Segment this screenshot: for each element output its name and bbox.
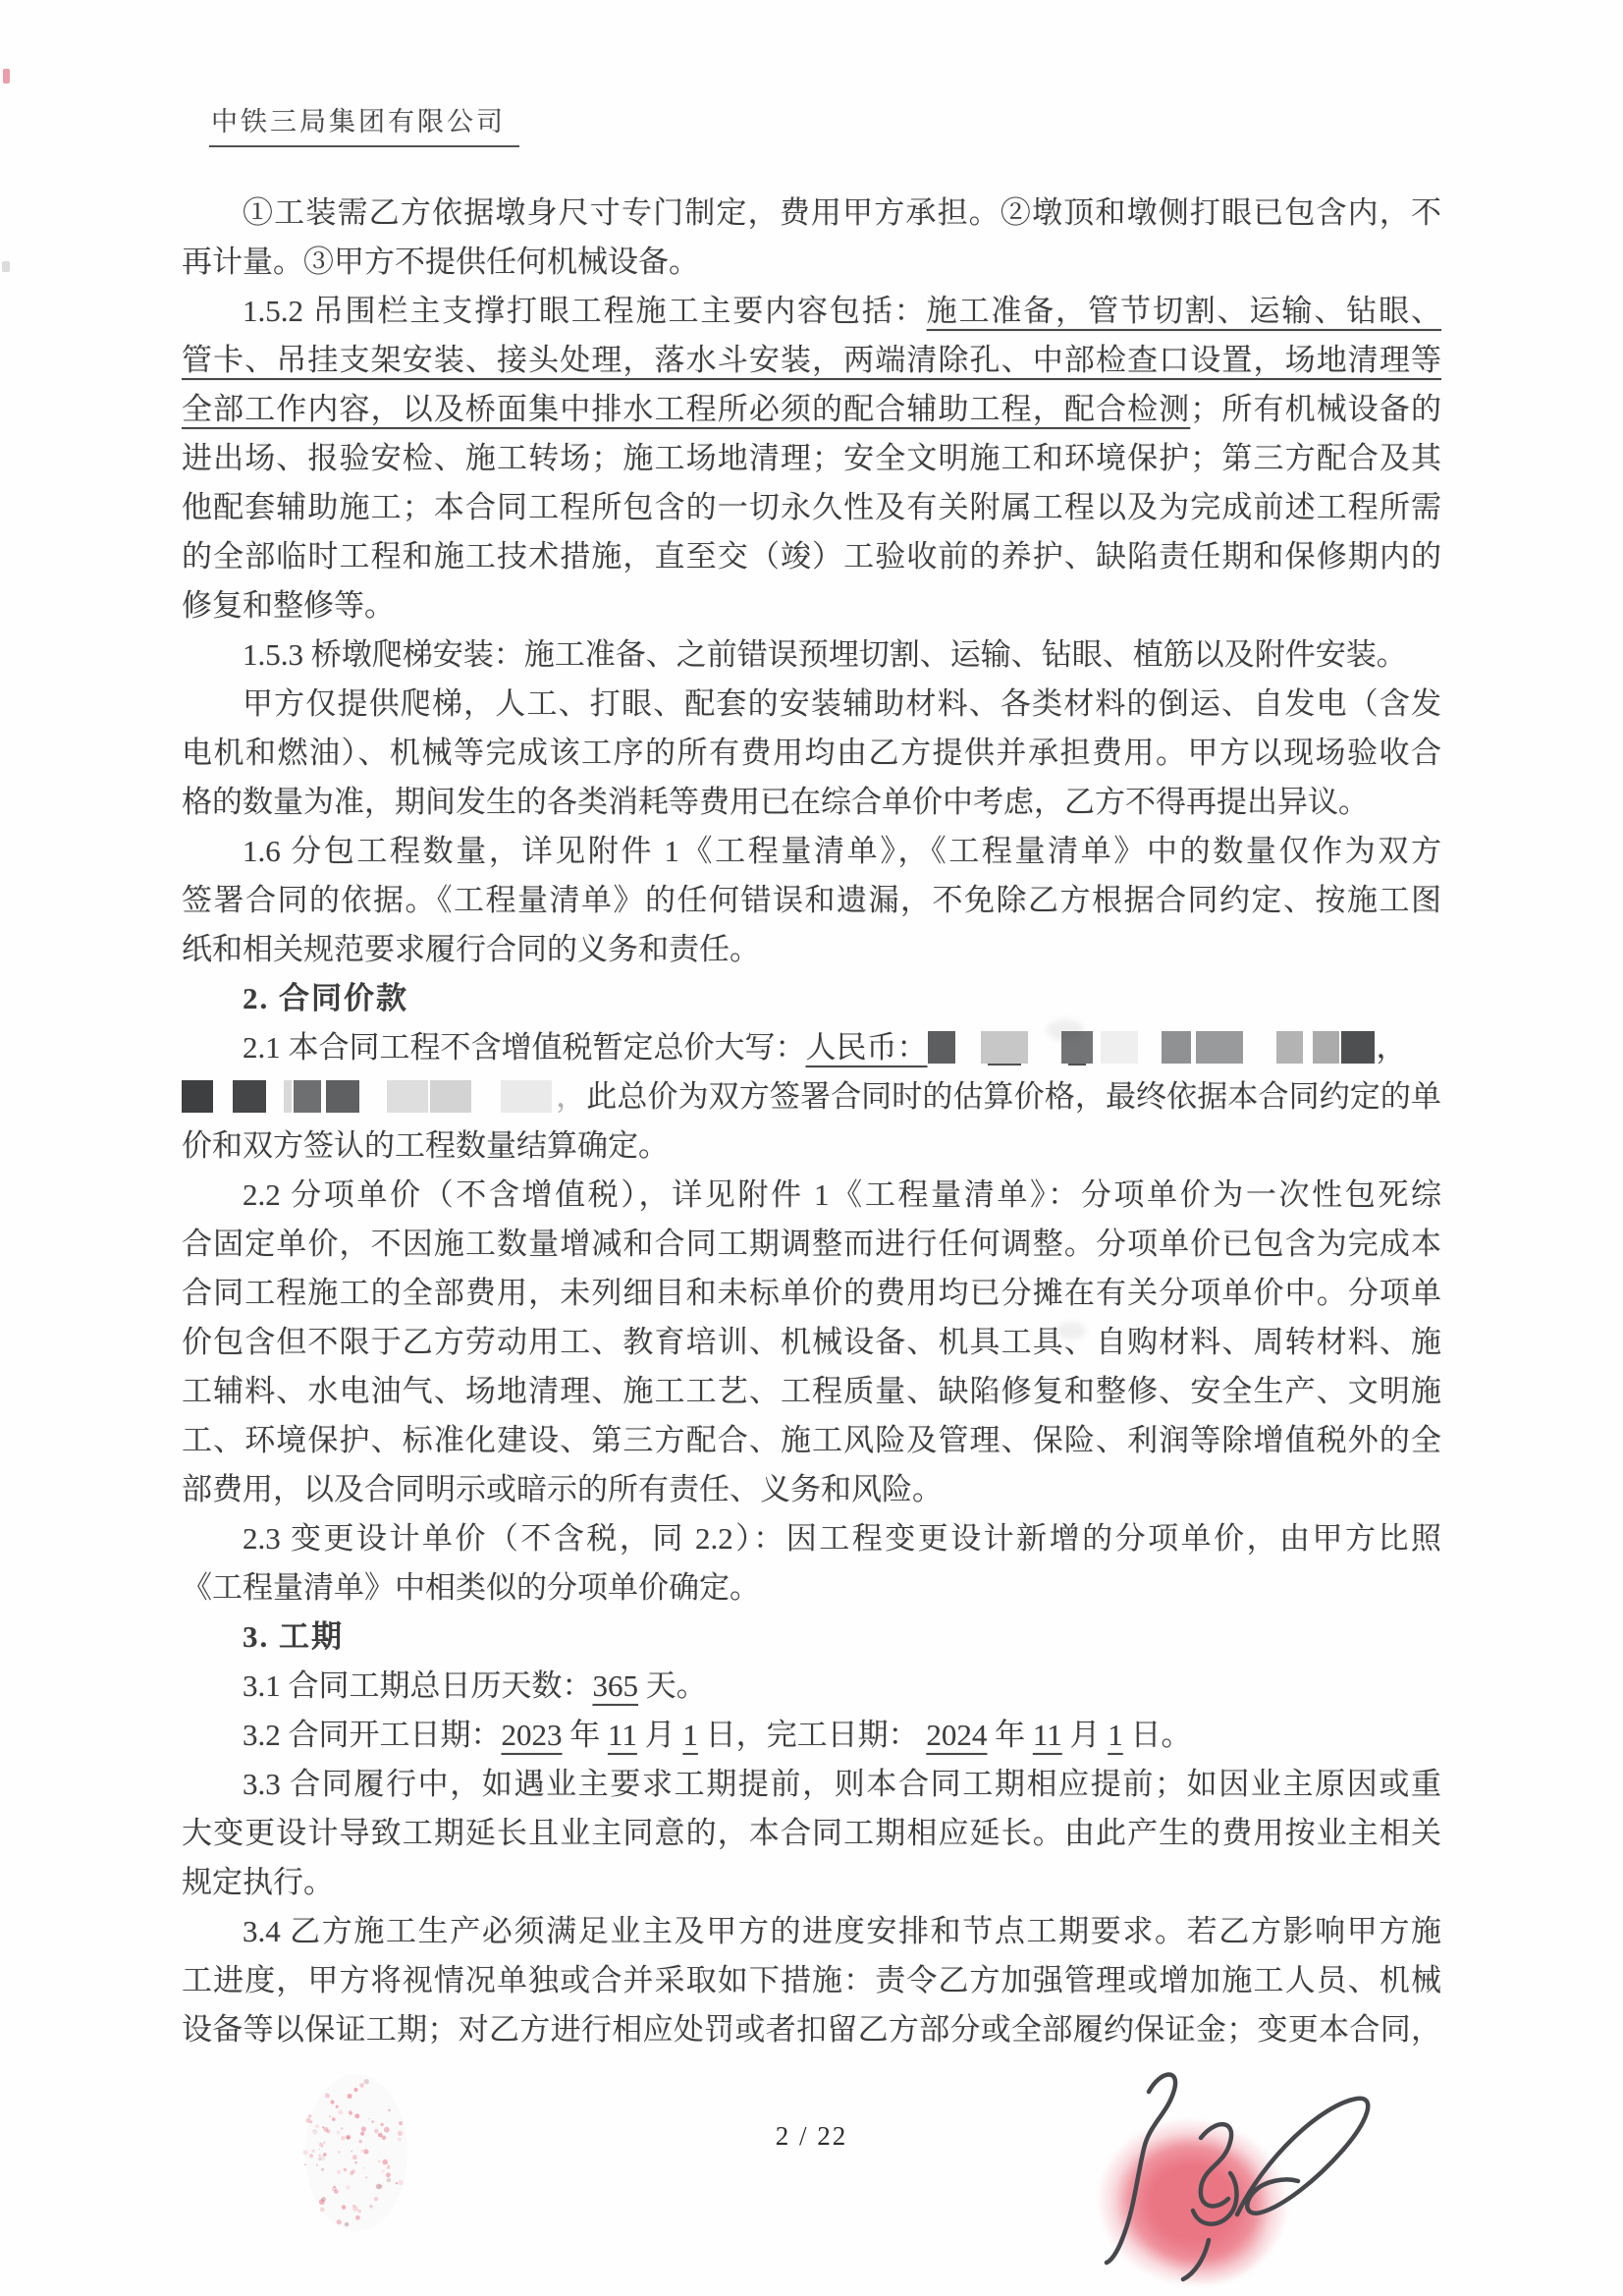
doc-line: 他配套辅助施工；本合同工程所包含的一切永久性及有关附属工程以及为完成前述工程所需 <box>182 483 1441 532</box>
doc-text: 日。 <box>1123 1718 1192 1752</box>
doc-text: 1.6 分包工程数量，详见附件 1《工程量清单》，《工程量清单》中的数量仅作为双… <box>243 834 1441 868</box>
doc-line: 2.2 分项单价（不含增值税），详见附件 1《工程量清单》：分项单价为一次性包死… <box>182 1171 1441 1220</box>
doc-text: 2024 <box>926 1718 987 1752</box>
doc-line: 价包含但不限于乙方劳动用工、教育培训、机械设备、机具工具、自购材料、周转材料、施 <box>182 1318 1441 1367</box>
signature-area <box>1036 2048 1438 2296</box>
doc-text: 11 <box>1033 1718 1062 1752</box>
doc-text: 2.2 分项单价（不含增值税），详见附件 1《工程量清单》：分项单价为一次性包死… <box>243 1177 1441 1212</box>
doc-text: 1 <box>682 1718 698 1752</box>
doc-line: 合固定单价，不因施工数量增减和合同工期调整而进行任何调整。分项单价已包含为完成本 <box>182 1220 1441 1269</box>
doc-text: 3.3 合同履行中，如遇业主要求工期提前，则本合同工期相应提前；如因业主原因或重 <box>243 1767 1441 1801</box>
doc-text: 3.4 乙方施工生产必须满足业主及甲方的进度安排和节点工期要求。若乙方影响甲方施 <box>243 1914 1441 1948</box>
doc-line: 规定执行。 <box>182 1858 1441 1907</box>
doc-line: 3.3 合同履行中，如遇业主要求工期提前，则本合同工期相应提前；如因业主原因或重 <box>182 1760 1441 1809</box>
doc-line: 3.4 乙方施工生产必须满足业主及甲方的进度安排和节点工期要求。若乙方影响甲方施 <box>182 1907 1441 1956</box>
redaction-block <box>430 1080 471 1113</box>
doc-text: 电机和燃油）、机械等完成该工序的所有费用均由乙方提供并承担费用。甲方以现场验收合 <box>182 736 1441 770</box>
doc-text: 的全部临时工程和施工技术措施，直至交（竣）工验收前的养护、缺陷责任期和保修期内的 <box>182 539 1441 574</box>
doc-line: ，此总价为双方签署合同时的估算价格，最终依据本合同约定的单 <box>182 1072 1441 1121</box>
doc-line: 1.5.2 吊围栏主支撑打眼工程施工主要内容包括：施工准备，管节切割、运输、钻眼… <box>182 287 1441 336</box>
doc-text: 部费用，以及合同明示或暗示的所有责任、义务和风险。 <box>182 1472 943 1506</box>
doc-text: 施工准备，管节切割、运输、钻眼、 <box>927 294 1441 328</box>
doc-text: 价包含但不限于乙方劳动用工、教育培训、机械设备、机具工具、自购材料、周转材料、施 <box>182 1325 1441 1359</box>
doc-line: 价和双方签认的工程数量结算确定。 <box>182 1121 1441 1171</box>
doc-line: 2.1 本合同工程不含增值税暂定总价大写：人民币：， <box>182 1023 1441 1072</box>
doc-text: 甲方仅提供爬梯，人工、打眼、配套的安装辅助材料、各类材料的倒运、自发电（含发 <box>243 686 1441 721</box>
doc-text: 此总价为双方签署合同时的估算价格，最终依据本合同约定的单 <box>586 1079 1441 1114</box>
doc-text: 年 <box>563 1718 609 1752</box>
doc-text: 合同工程施工的全部费用，未列细目和未标单价的费用均已分摊在有关分项单价中。分项单 <box>182 1276 1441 1310</box>
doc-text: 进出场、报验安检、施工转场；施工场地清理；安全文明施工和环境保护；第三方配合及其 <box>182 441 1441 475</box>
doc-text: 价和双方签认的工程数量结算确定。 <box>182 1128 669 1163</box>
doc-text: 格的数量为准，期间发生的各类消耗等费用已在综合单价中考虑，乙方不得再提出异议。 <box>182 785 1369 819</box>
doc-text: 合固定单价，不因施工数量增减和合同工期调整而进行任何调整。分项单价已包含为完成本 <box>182 1227 1441 1261</box>
doc-text: ；所有机械设备的 <box>1190 392 1441 426</box>
scan-artifact-red <box>3 69 10 83</box>
doc-text: 2. 合同价款 <box>243 981 408 1015</box>
doc-line: ①工装需乙方依据墩身尺寸专门制定，费用甲方承担。②墩顶和墩侧打眼已包含内，不 <box>182 189 1441 238</box>
doc-text: 工进度，甲方将视情况单独或合并采取如下措施：责令乙方加强管理或增加施工人员、机械 <box>182 1963 1441 1997</box>
doc-text: ， <box>556 1079 586 1114</box>
doc-text: 人民币： <box>806 1030 928 1065</box>
doc-line: 工辅料、水电油气、场地清理、施工工艺、工程质量、缺陷修复和整修、安全生产、文明施 <box>182 1367 1441 1416</box>
doc-line: 合同工程施工的全部费用，未列细目和未标单价的费用均已分摊在有关分项单价中。分项单 <box>182 1269 1441 1318</box>
doc-text: 月 <box>637 1718 683 1752</box>
doc-text: 1.5.3 桥墩爬梯安装：施工准备、之前错误预埋切割、运输、钻眼、植筋以及附件安… <box>243 637 1407 672</box>
doc-line: 1.5.3 桥墩爬梯安装：施工准备、之前错误预埋切割、运输、钻眼、植筋以及附件安… <box>182 630 1441 680</box>
doc-text: 天。 <box>638 1668 707 1703</box>
redaction-block <box>294 1080 321 1113</box>
doc-line: 的全部临时工程和施工技术措施，直至交（竣）工验收前的养护、缺陷责任期和保修期内的 <box>182 532 1441 581</box>
doc-text: 《工程量清单》中相类似的分项单价确定。 <box>182 1570 760 1605</box>
redaction-block <box>182 1080 213 1113</box>
doc-line: 大变更设计导致工期延长且业主同意的，本合同工期相应延长。由此产生的费用按业主相关 <box>182 1809 1441 1858</box>
doc-line: 再计量。③甲方不提供任何机械设备。 <box>182 238 1441 287</box>
doc-line: 2.3 变更设计单价（不含税，同 2.2）：因工程变更设计新增的分项单价，由甲方… <box>182 1514 1441 1563</box>
redaction-block <box>1162 1031 1191 1064</box>
doc-text: 大变更设计导致工期延长且业主同意的，本合同工期相应延长。由此产生的费用按业主相关 <box>182 1816 1441 1850</box>
redaction-block <box>981 1031 1028 1064</box>
doc-text: 2.1 本合同工程不含增值税暂定总价大写： <box>243 1030 806 1065</box>
redaction-block <box>326 1080 359 1113</box>
doc-line: 工、环境保护、标准化建设、第三方配合、施工风险及管理、保险、利润等除增值税外的全 <box>182 1416 1441 1465</box>
doc-text: 管卡、吊挂支架安装、接头处理，落水斗安装，两端清除孔、中部检查口设置，场地清理等 <box>182 343 1441 377</box>
document-body: ①工装需乙方依据墩身尺寸专门制定，费用甲方承担。②墩顶和墩侧打眼已包含内，不再计… <box>182 189 1441 2054</box>
doc-text: 3. 工期 <box>243 1619 344 1654</box>
doc-text: 365 <box>593 1668 639 1703</box>
doc-line: 工进度，甲方将视情况单独或合并采取如下措施：责令乙方加强管理或增加施工人员、机械 <box>182 1956 1441 2005</box>
doc-text: 他配套辅助施工；本合同工程所包含的一切永久性及有关附属工程以及为完成前述工程所需 <box>182 490 1441 524</box>
redaction-block <box>233 1080 266 1113</box>
redaction-block <box>1276 1031 1303 1064</box>
doc-line: 电机和燃油）、机械等完成该工序的所有费用均由乙方提供并承担费用。甲方以现场验收合 <box>182 729 1441 778</box>
scan-artifact-gray <box>2 261 10 272</box>
doc-line: 纸和相关规范要求履行合同的义务和责任。 <box>182 925 1441 974</box>
doc-text: 再计量。③甲方不提供任何机械设备。 <box>182 245 699 279</box>
doc-line: 2. 合同价款 <box>182 974 1441 1023</box>
doc-text: 年 <box>987 1718 1033 1752</box>
doc-text: ①工装需乙方依据墩身尺寸专门制定，费用甲方承担。②墩顶和墩侧打眼已包含内，不 <box>243 195 1441 230</box>
scanned-contract-page: 中铁三局集团有限公司 ①工装需乙方依据墩身尺寸专门制定，费用甲方承担。②墩顶和墩… <box>0 0 1623 2296</box>
doc-line: 3. 工期 <box>182 1613 1441 1662</box>
doc-text: 11 <box>608 1718 637 1752</box>
redaction-block <box>501 1080 552 1113</box>
redaction-block <box>284 1080 292 1113</box>
doc-text: 月 <box>1062 1718 1109 1752</box>
doc-text: 2.3 变更设计单价（不含税，同 2.2）：因工程变更设计新增的分项单价，由甲方… <box>243 1521 1441 1556</box>
doc-text: 日，完工日期： <box>698 1718 927 1752</box>
doc-text: 纸和相关规范要求履行合同的义务和责任。 <box>182 932 760 966</box>
doc-line: 全部工作内容，以及桥面集中排水工程所必须的配合辅助工程，配合检测；所有机械设备的 <box>182 385 1441 434</box>
doc-text: 修复和整修等。 <box>182 588 395 623</box>
scan-smudge <box>1056 1322 1086 1339</box>
doc-text: 工、环境保护、标准化建设、第三方配合、施工风险及管理、保险、利润等除增值税外的全 <box>182 1423 1441 1457</box>
doc-text: 签署合同的依据。《工程量清单》的任何错误和遗漏，不免除乙方根据合同约定、按施工图 <box>182 883 1441 917</box>
doc-text: 1.5.2 吊围栏主支撑打眼工程施工主要内容包括： <box>243 294 927 328</box>
doc-text: 设备等以保证工期；对乙方进行相应处罚或者扣留乙方部分或全部履约保证金；变更本合同… <box>182 2012 1441 2047</box>
scan-smudge <box>1047 1019 1084 1041</box>
doc-line: 修复和整修等。 <box>182 581 1441 630</box>
doc-line: 《工程量清单》中相类似的分项单价确定。 <box>182 1563 1441 1613</box>
doc-line: 管卡、吊挂支架安装、接头处理，落水斗安装，两端清除孔、中部检查口设置，场地清理等 <box>182 336 1441 385</box>
redaction-block <box>1101 1031 1138 1064</box>
doc-text: 工辅料、水电油气、场地清理、施工工艺、工程质量、缺陷修复和整修、安全生产、文明施 <box>182 1374 1441 1408</box>
doc-line: 格的数量为准，期间发生的各类消耗等费用已在综合单价中考虑，乙方不得再提出异议。 <box>182 778 1441 827</box>
redaction-block <box>387 1080 428 1113</box>
doc-text: 2023 <box>502 1718 563 1752</box>
faint-seal-stamp-icon <box>290 2062 427 2244</box>
doc-line: 3.1 合同工期总日历天数：365 天。 <box>182 1662 1441 1711</box>
doc-text: 3.1 合同工期总日历天数： <box>243 1668 593 1703</box>
doc-line: 3.2 合同开工日期：2023 年 11 月 1 日，完工日期： 2024 年 … <box>182 1711 1441 1760</box>
redaction-block <box>1313 1031 1339 1064</box>
doc-line: 部费用，以及合同明示或暗示的所有责任、义务和风险。 <box>182 1465 1441 1514</box>
redaction-block <box>928 1031 955 1064</box>
doc-text: 1 <box>1108 1718 1123 1752</box>
doc-line: 签署合同的依据。《工程量清单》的任何错误和遗漏，不免除乙方根据合同约定、按施工图 <box>182 876 1441 925</box>
doc-text: 全部工作内容，以及桥面集中排水工程所必须的配合辅助工程，配合检测 <box>182 392 1190 426</box>
doc-line: 1.6 分包工程数量，详见附件 1《工程量清单》，《工程量清单》中的数量仅作为双… <box>182 827 1441 876</box>
doc-text: 3.2 合同开工日期： <box>243 1718 502 1752</box>
redaction-block <box>1196 1031 1243 1064</box>
doc-line: 甲方仅提供爬梯，人工、打眼、配套的安装辅助材料、各类材料的倒运、自发电（含发 <box>182 680 1441 729</box>
company-header: 中铁三局集团有限公司 <box>209 100 519 147</box>
doc-text: ， <box>1377 1030 1407 1065</box>
doc-line: 进出场、报验安检、施工转场；施工场地清理；安全文明施工和环境保护；第三方配合及其 <box>182 434 1441 483</box>
redaction-block <box>1341 1031 1375 1064</box>
handwritten-signature-icon <box>1036 2048 1438 2296</box>
doc-text: 规定执行。 <box>182 1865 334 1899</box>
